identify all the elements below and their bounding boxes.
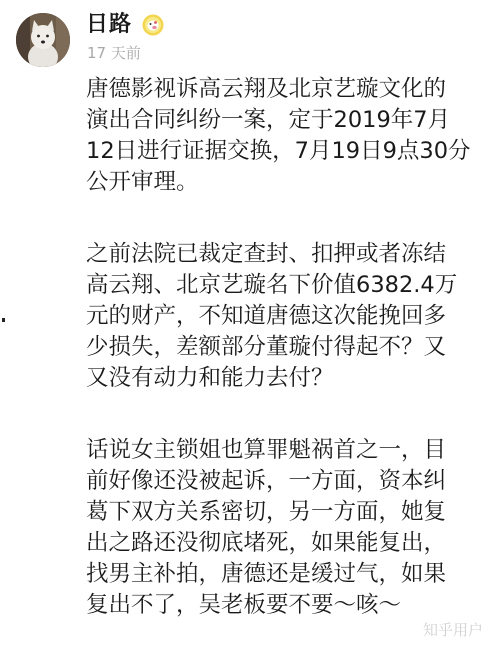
watermark: 知乎用户 [423, 620, 483, 640]
paragraph-2: 之前法院已裁定查封、扣押或者冻结 高云翔、北京艺璇名下价值6382.4万 元的财… [86, 239, 486, 394]
post-body: 唐德影视诉高云翔及北京艺璇文化的 演出合同纠纷一案，定于2019年7月 12日进… [86, 74, 486, 621]
avatar[interactable] [16, 13, 70, 67]
paragraph-3: 话说女主锁姐也算罪魁祸首之一，目 前好像还没被起诉，一方面，资本纠 葛下双方关系… [86, 435, 486, 621]
member-badge-icon[interactable] [142, 14, 164, 36]
post-timestamp: 17 天前 [87, 43, 141, 63]
dog-avatar-icon [16, 13, 70, 67]
author-name[interactable]: 日路 [86, 10, 132, 40]
paragraph-1: 唐德影视诉高云翔及北京艺璇文化的 演出合同纠纷一案，定于2019年7月 12日进… [86, 74, 486, 198]
edge-artifact [2, 318, 5, 322]
